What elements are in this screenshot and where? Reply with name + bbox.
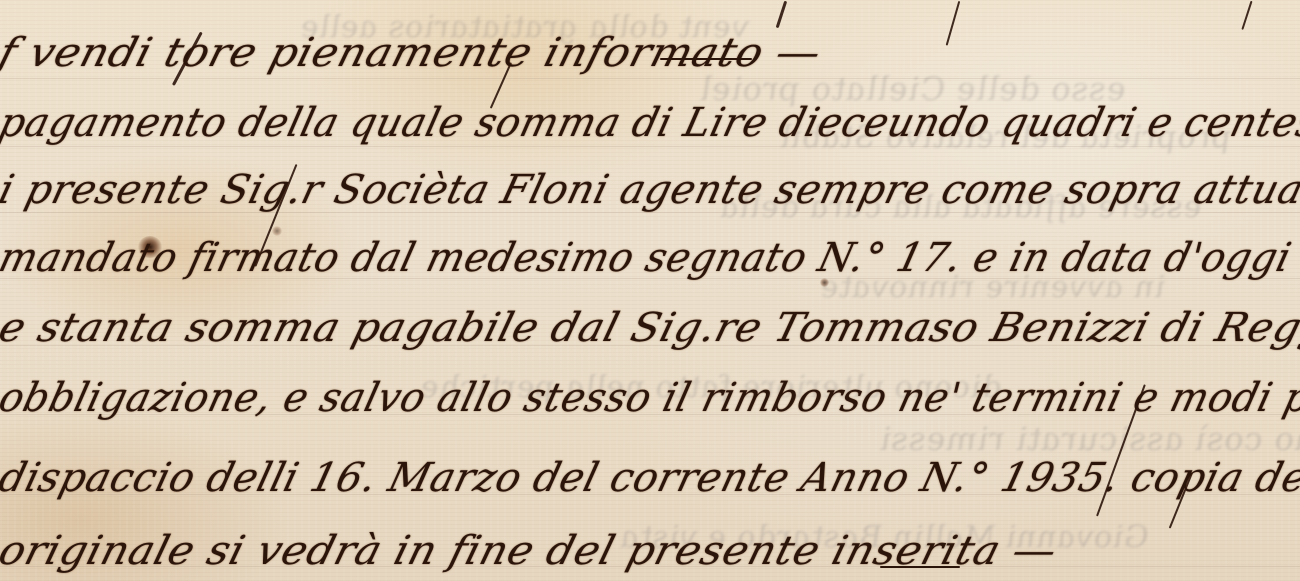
manuscript-line-3: i presente Sig.r Socièta Floni agente se… (0, 167, 1300, 213)
manuscript-line-5: e stanta somma pagabile dal Sig.re Tomma… (0, 305, 1300, 351)
line-end-flourish (880, 566, 960, 568)
pen-stroke (776, 1, 788, 29)
pen-stroke (1241, 1, 1252, 30)
manuscript-line-4: mandato firmato dal medesimo segnato N.°… (0, 235, 1300, 281)
manuscript-line-1: f vendi tore pienamente informato — (0, 30, 826, 76)
bleed-through-text: sono così assicurati rimessi (874, 420, 1300, 458)
manuscript-line-2: pagamento della quale somma di Lire diec… (0, 100, 1300, 146)
manuscript-line-6: obbligazione, e salvo allo stesso il rim… (0, 375, 1300, 421)
pen-stroke (946, 1, 961, 46)
manuscript-photo: vent dolla gratiatarios aelle esso delle… (0, 0, 1300, 581)
manuscript-line-7: dispaccio delli 16. Marzo del corrente A… (0, 455, 1300, 501)
line-end-flourish (660, 58, 752, 60)
